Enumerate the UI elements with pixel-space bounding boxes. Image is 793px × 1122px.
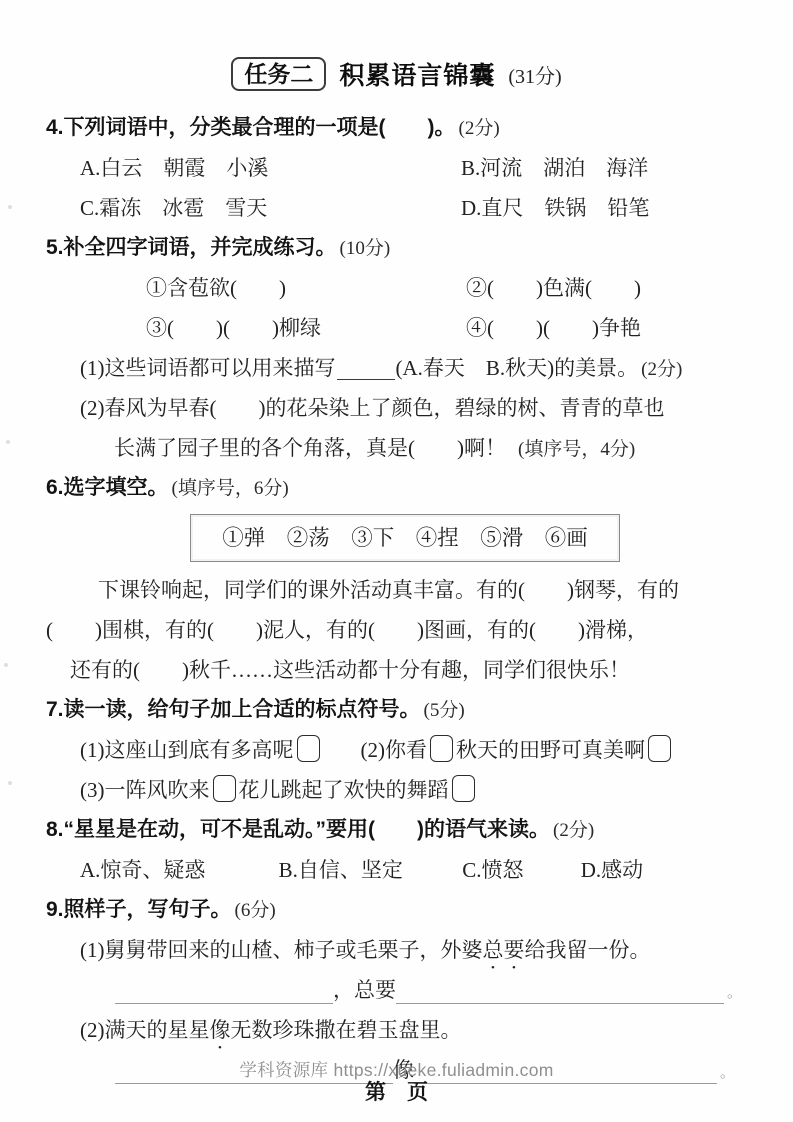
q9-sub2-emphasis: 像 [210,1018,231,1042]
section-header: 任务二 积累语言锦囊 (31分) [46,56,747,92]
q5-sub1: (1)这些词语都可以用来描写(A.春天 B.秋天)的美景。(2分) [80,348,747,388]
q5-score: (10分) [340,238,391,259]
q9-sub2: (2)满天的星星像无数珍珠撒在碧玉盘里。 [80,1010,747,1050]
punctuation-box[interactable] [452,775,475,802]
q9-stem-text: 9.照样子，写句子。 [46,898,232,921]
q4-option-c[interactable]: C.霜冻 冰雹 雪天 [80,188,461,228]
exam-page: 任务二 积累语言锦囊 (31分) 4.下列词语中，分类最合理的一项是( )。(2… [0,0,793,1122]
q8-options-row: A.惊奇、疑惑 B.自信、坚定 C.愤怒 D.感动 [80,850,747,890]
section-score: (31分) [508,60,561,89]
q7-line2: (3)一阵风吹来花儿跳起了欢快的舞蹈 [80,770,747,810]
scan-speck [8,781,12,785]
q6-stem-text: 6.选字填空。 [46,476,169,499]
exam-content: 任务二 积累语言锦囊 (31分) 4.下列词语中，分类最合理的一项是( )。(2… [46,0,747,1090]
q6-note: (填序号，6分) [172,478,289,499]
q9-blank1-end: 。 [727,985,742,1001]
q8-option-d[interactable]: D.感动 [581,850,643,890]
q8-option-c[interactable]: C.愤怒 [462,850,523,890]
q9-sub1-post: 给我留一份。 [525,938,651,962]
q9-score: (6分) [235,900,276,921]
q5-sub1-score: (2分) [641,359,682,380]
q7-sentence2-a: (2)你看 [361,738,428,762]
q4-option-b[interactable]: B.河流 湖泊 海洋 [461,148,648,188]
q7-stem-text: 7.读一读，给句子加上合适的标点符号。 [46,698,421,721]
q5-stem-text: 5.补全四字词语，并完成练习。 [46,236,337,259]
q5-item-4[interactable]: ④( )( )争艳 [466,308,641,348]
q9-sub2-pre: (2)满天的星星 [80,1018,210,1042]
q4-option-d[interactable]: D.直尺 铁锅 铅笔 [461,188,649,228]
q7-sentence3-b: 花儿跳起了欢快的舞蹈 [239,778,449,802]
q7-sentence1: (1)这座山到底有多高呢 [80,738,294,762]
punctuation-box[interactable] [213,775,236,802]
q4-option-a[interactable]: A.白云 朝霞 小溪 [80,148,461,188]
q5-sub2-line2-text: 长满了园子里的各个角落，真是( )啊！ [114,436,506,460]
q7-stem: 7.读一读，给句子加上合适的标点符号。(5分) [46,690,747,730]
q4-options-row1: A.白云 朝霞 小溪 B.河流 湖泊 海洋 [80,148,747,188]
q4-stem: 4.下列词语中，分类最合理的一项是( )。(2分) [46,108,747,148]
q6-character-box: ①弹 ②荡 ③下 ④捏 ⑤滑 ⑥画 [190,514,620,562]
q9-sub2-post: 无数珍珠撒在碧玉盘里。 [231,1018,462,1042]
q5-items-row1: ①含苞欲( ) ②( )色满( ) [146,268,747,308]
q7-score: (5分) [424,700,465,721]
q9-sub1: (1)舅舅带回来的山楂、柿子或毛栗子，外婆总要给我留一份。 [80,930,747,970]
q4-stem-text: 4.下列词语中，分类最合理的一项是( )。 [46,116,456,139]
answer-blank[interactable] [396,974,724,1004]
q9-blank1-mid: ，总要 [333,978,396,1002]
punctuation-box[interactable] [648,735,671,762]
q4-options-row2: C.霜冻 冰雹 雪天 D.直尺 铁锅 铅笔 [80,188,747,228]
answer-blank[interactable] [337,354,395,380]
q9-blank-line1: ，总要。 [115,970,747,1010]
q8-stem: 8.“星星是在动，可不是乱动。”要用( )的语气来读。(2分) [46,810,747,850]
q8-score: (2分) [553,820,594,841]
section-title: 积累语言锦囊 [339,56,495,92]
q8-option-a[interactable]: A.惊奇、疑惑 [80,850,205,890]
q7-sentence3-a: (3)一阵风吹来 [80,778,210,802]
q5-sub1-pre: (1)这些词语都可以用来描写 [80,356,336,380]
q5-sub2-line2: 长满了园子里的各个角落，真是( )啊！(填序号，4分) [114,428,747,468]
answer-blank[interactable] [115,974,333,1004]
q5-item-3[interactable]: ③( )( )柳绿 [146,308,466,348]
q6-paragraph-line2: ( )围棋，有的( )泥人，有的( )图画，有的( )滑梯， [46,610,747,650]
q5-sub1-choices: (A.春天 B.秋天)的美景。 [396,356,639,380]
q5-items-row2: ③( )( )柳绿 ④( )( )争艳 [146,308,747,348]
q9-stem: 9.照样子，写句子。(6分) [46,890,747,930]
q5-item-1[interactable]: ①含苞欲( ) [146,268,466,308]
scan-speck [8,205,12,209]
q9-sub1-emphasis: 总要 [483,938,525,962]
q5-item-2[interactable]: ②( )色满( ) [466,268,641,308]
q6-stem: 6.选字填空。(填序号，6分) [46,468,747,508]
q5-sub2-line1: (2)春风为早春( )的花朵染上了颜色，碧绿的树、青青的草也 [80,388,747,428]
q8-option-b[interactable]: B.自信、坚定 [279,850,403,890]
page-footer: 第 页 [0,1076,793,1106]
q4-score: (2分) [459,118,500,139]
q5-stem: 5.补全四字词语，并完成练习。(10分) [46,228,747,268]
q7-sentence2-b: 秋天的田野可真美啊 [456,738,645,762]
scan-speck [4,663,8,667]
task-badge: 任务二 [231,57,326,91]
punctuation-box[interactable] [297,735,320,762]
q7-line1: (1)这座山到底有多高呢(2)你看秋天的田野可真美啊 [80,730,747,770]
q5-sub2-note: (填序号，4分) [518,439,635,460]
q8-stem-text: 8.“星星是在动，可不是乱动。”要用( )的语气来读。 [46,818,550,841]
punctuation-box[interactable] [430,735,453,762]
q9-sub1-pre: (1)舅舅带回来的山楂、柿子或毛栗子，外婆 [80,938,483,962]
q6-paragraph-line3: 还有的( )秋千……这些活动都十分有趣，同学们很快乐！ [70,650,747,690]
q6-paragraph-line1: 下课铃响起，同学们的课外活动真丰富。有的( )钢琴，有的 [98,570,747,610]
scan-speck [6,440,10,444]
